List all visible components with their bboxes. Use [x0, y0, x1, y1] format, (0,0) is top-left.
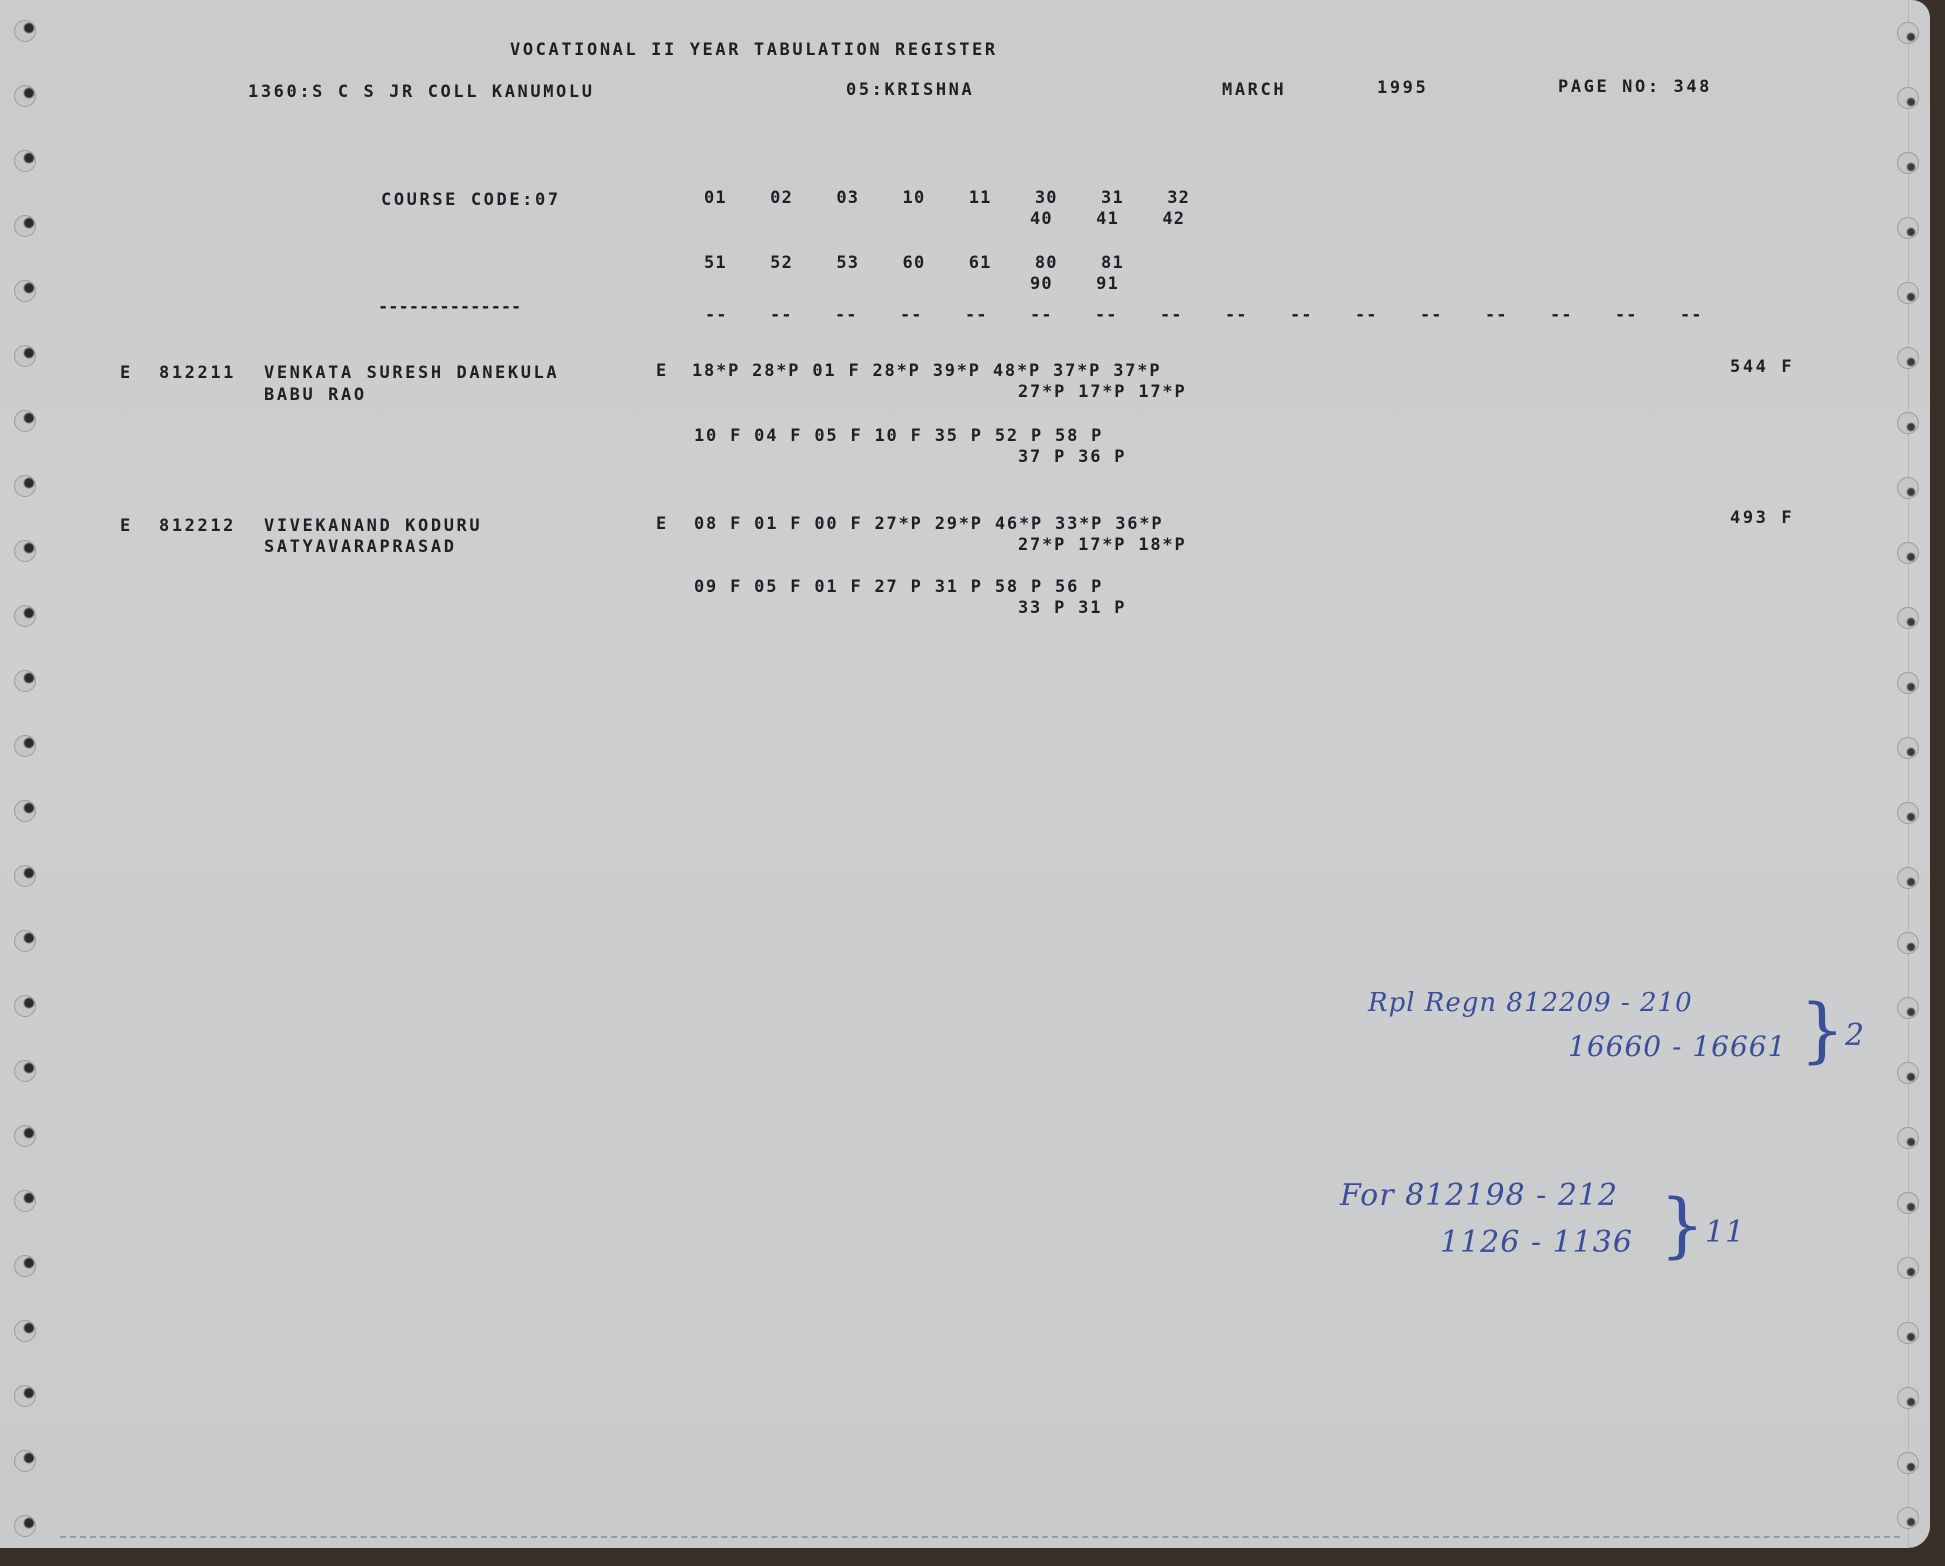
tractor-hole — [14, 1385, 36, 1407]
tractor-hole — [1897, 1322, 1919, 1344]
tractor-hole — [1897, 152, 1919, 174]
tractor-hole — [14, 280, 36, 302]
tractor-hole — [1897, 997, 1919, 1019]
tractor-hole — [14, 735, 36, 757]
note-count: 2 — [1845, 1018, 1865, 1053]
tractor-hole — [1897, 412, 1919, 434]
exam-year: 1995 — [1377, 78, 1428, 98]
student-regno: 812211 — [159, 363, 236, 383]
tractor-hole — [14, 410, 36, 432]
tractor-hole — [1897, 477, 1919, 499]
tractor-hole — [1897, 607, 1919, 629]
student-name-line2: SATYAVARAPRASAD — [264, 537, 457, 557]
tractor-hole — [1897, 1387, 1919, 1409]
tractor-hole — [14, 540, 36, 562]
tractor-hole — [14, 1320, 36, 1342]
tractor-hole — [1897, 1257, 1919, 1279]
marks-row1: 08 F 01 F 00 F 27*P 29*P 46*P 33*P 36*P — [694, 514, 1163, 534]
note-line1: Rpl Regn 812209 - 210 — [1368, 988, 1693, 1018]
tractor-hole — [14, 215, 36, 237]
tractor-hole — [14, 475, 36, 497]
subject-codes-row2: 51 52 53 60 61 80 81 — [704, 253, 1124, 273]
tractor-hole — [14, 1450, 36, 1472]
exam-month: MARCH — [1222, 80, 1286, 100]
tractor-hole — [1897, 737, 1919, 759]
tractor-hole — [1897, 22, 1919, 44]
tractor-hole — [1897, 672, 1919, 694]
page-number: PAGE NO: 348 — [1558, 77, 1712, 97]
subject-codes-row1b: 40 41 42 — [1030, 209, 1185, 229]
note-line1: For 812198 - 212 — [1340, 1178, 1618, 1213]
marks-row2: 10 F 04 F 05 F 10 F 35 P 52 P 58 P — [694, 426, 1103, 446]
student-name: VIVEKANAND KODURU — [264, 516, 482, 536]
course-underline: -------------- — [378, 297, 521, 317]
district: 05:KRISHNA — [846, 80, 974, 100]
student-category: E — [120, 516, 133, 536]
tractor-hole — [14, 1190, 36, 1212]
brace-icon: } — [1800, 990, 1846, 1070]
tractor-hole — [14, 670, 36, 692]
tractor-hole — [1897, 217, 1919, 239]
tractor-hole — [1897, 867, 1919, 889]
tractor-hole — [14, 995, 36, 1017]
student-medium: E — [656, 361, 669, 381]
tractor-hole — [14, 1515, 36, 1537]
course-code-label: COURSE CODE:07 — [381, 190, 561, 210]
marks-row1b: 27*P 17*P 18*P — [1018, 535, 1187, 555]
student-name-line2: BABU RAO — [264, 385, 367, 405]
register-title: VOCATIONAL II YEAR TABULATION REGISTER — [510, 40, 998, 60]
tractor-hole — [1897, 1192, 1919, 1214]
marks-row2b: 37 P 36 P — [1018, 447, 1126, 467]
tractor-hole — [1897, 282, 1919, 304]
tractor-hole — [1897, 802, 1919, 824]
brace-icon: } — [1660, 1185, 1706, 1265]
tractor-hole — [1897, 542, 1919, 564]
tractor-hole — [14, 1060, 36, 1082]
note-line2: 16660 - 16661 — [1568, 1030, 1786, 1063]
total-result: 493 F — [1730, 508, 1794, 528]
college-name: 1360:S C S JR COLL KANUMOLU — [248, 82, 595, 102]
tractor-hole — [14, 85, 36, 107]
student-medium: E — [656, 514, 669, 534]
tractor-hole — [14, 20, 36, 42]
student-category: E — [120, 363, 133, 383]
tractor-hole — [1897, 1507, 1919, 1529]
subject-codes-row2b: 90 91 — [1030, 274, 1119, 294]
marks-row1: 18*P 28*P 01 F 28*P 39*P 48*P 37*P 37*P — [692, 361, 1161, 381]
marks-row2: 09 F 05 F 01 F 27 P 31 P 58 P 56 P — [694, 577, 1103, 597]
note-count: 11 — [1705, 1215, 1745, 1250]
tractor-hole — [1897, 1127, 1919, 1149]
tractor-hole — [14, 150, 36, 172]
tractor-hole — [1897, 1452, 1919, 1474]
tractor-hole — [1897, 932, 1919, 954]
tractor-hole — [1897, 87, 1919, 109]
tractor-hole — [14, 1125, 36, 1147]
tractor-hole — [14, 1255, 36, 1277]
note-line2: 1126 - 1136 — [1440, 1225, 1633, 1260]
subject-codes-row1: 01 02 03 10 11 30 31 32 — [704, 188, 1190, 208]
tractor-hole — [14, 345, 36, 367]
tractor-hole — [14, 800, 36, 822]
perforation-line — [60, 1536, 1900, 1538]
tractor-hole — [1897, 1062, 1919, 1084]
tractor-hole — [14, 605, 36, 627]
tractor-hole — [1897, 347, 1919, 369]
student-regno: 812212 — [159, 516, 236, 536]
marks-row2b: 33 P 31 P — [1018, 598, 1126, 618]
total-result: 544 F — [1730, 357, 1794, 377]
marks-row1b: 27*P 17*P 17*P — [1018, 382, 1187, 402]
tabulation-register-page: VOCATIONAL II YEAR TABULATION REGISTER 1… — [0, 0, 1930, 1548]
student-name: VENKATA SURESH DANEKULA — [264, 363, 559, 383]
tractor-hole — [14, 865, 36, 887]
tractor-hole — [14, 930, 36, 952]
